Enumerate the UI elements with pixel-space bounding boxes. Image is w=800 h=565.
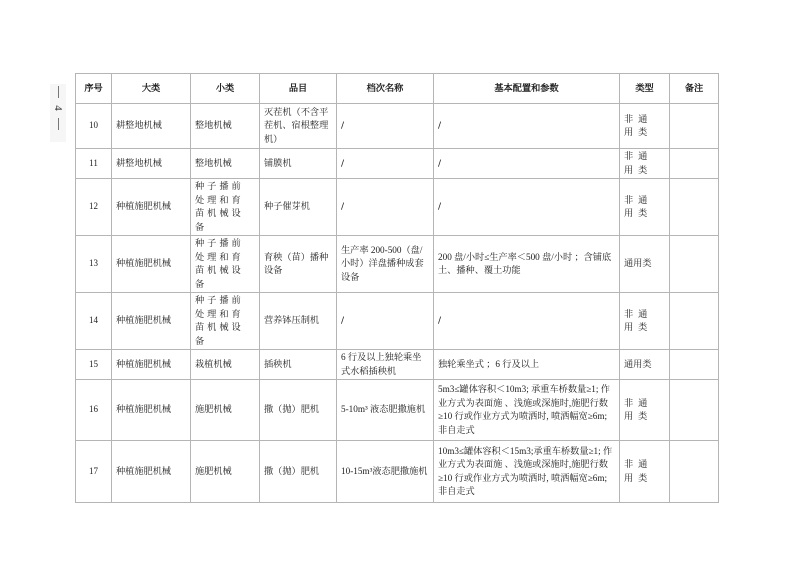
cell-major: 种植施肥机械 — [112, 350, 191, 380]
cell-minor: 栽植机械 — [191, 350, 260, 380]
cell-type: 非通用类 — [620, 380, 670, 441]
cell-major: 种植施肥机械 — [112, 179, 191, 236]
cell-item: 撒（抛）肥机 — [260, 380, 337, 441]
cell-no: 17 — [76, 441, 112, 503]
cell-config: 独轮乘坐式 ；6 行及以上 — [434, 350, 620, 380]
cell-config: 10m3≤罐体容积＜15m3;承重车桥数量≥1; 作业方式为表面施 、浅施或深施… — [434, 441, 620, 503]
cell-type: 通用类 — [620, 236, 670, 293]
cell-major: 种植施肥机械 — [112, 236, 191, 293]
cell-grade: / — [337, 293, 434, 350]
table-row: 13 种植施肥机械 种子播前处理和育苗机械设备 育秧（苗）播种设备 生产率 20… — [76, 236, 719, 293]
header-remark: 备注 — [670, 74, 719, 104]
cell-grade: 10-15m³液态肥撒施机 — [337, 441, 434, 503]
header-item: 品目 — [260, 74, 337, 104]
header-minor-category: 小类 — [191, 74, 260, 104]
table-row: 10 耕整地机械 整地机械 灭茬机（不含平茬机、宿根整理机） / / 非通用类 — [76, 104, 719, 149]
cell-no: 12 — [76, 179, 112, 236]
page-number-dash-bottom — [58, 118, 59, 130]
cell-no: 13 — [76, 236, 112, 293]
cell-item: 育秧（苗）播种设备 — [260, 236, 337, 293]
cell-no: 14 — [76, 293, 112, 350]
cell-major: 种植施肥机械 — [112, 380, 191, 441]
cell-item: 种子催芽机 — [260, 179, 337, 236]
cell-minor: 整地机械 — [191, 104, 260, 149]
cell-major: 种植施肥机械 — [112, 293, 191, 350]
cell-grade: / — [337, 149, 434, 179]
cell-no: 10 — [76, 104, 112, 149]
cell-type: 非通用类 — [620, 149, 670, 179]
cell-type: 非通用类 — [620, 104, 670, 149]
table-row: 14 种植施肥机械 种子播前处理和育苗机械设备 营养钵压制机 / / 非通用类 — [76, 293, 719, 350]
cell-grade: / — [337, 179, 434, 236]
cell-minor: 整地机械 — [191, 149, 260, 179]
cell-no: 16 — [76, 380, 112, 441]
header-no: 序号 — [76, 74, 112, 104]
cell-remark — [670, 293, 719, 350]
cell-config: 200 盘/小时≤生产率＜500 盘/小时 ；含铺底土、播种、覆土功能 — [434, 236, 620, 293]
cell-remark — [670, 236, 719, 293]
table-row: 16 种植施肥机械 施肥机械 撒（抛）肥机 5-10m³ 液态肥撒施机 5m3≤… — [76, 380, 719, 441]
cell-grade: 生产率 200-500（盘/小时）洋盘播种成套设备 — [337, 236, 434, 293]
cell-grade: / — [337, 104, 434, 149]
machinery-catalog-table: 序号 大类 小类 品目 档次名称 基本配置和参数 类型 备注 10 耕整地机械 … — [75, 73, 719, 503]
cell-minor: 种子播前处理和育苗机械设备 — [191, 293, 260, 350]
header-type: 类型 — [620, 74, 670, 104]
cell-config: 5m3≤罐体容积＜10m3; 承重车桥数量≥1; 作业方式为表面施 、浅施或深施… — [434, 380, 620, 441]
table-row: 15 种植施肥机械 栽植机械 插秧机 6 行及以上独轮乘坐式水稻插秧机 独轮乘坐… — [76, 350, 719, 380]
cell-minor: 种子播前处理和育苗机械设备 — [191, 236, 260, 293]
cell-minor: 种子播前处理和育苗机械设备 — [191, 179, 260, 236]
cell-remark — [670, 104, 719, 149]
cell-no: 15 — [76, 350, 112, 380]
cell-remark — [670, 350, 719, 380]
table-header-row: 序号 大类 小类 品目 档次名称 基本配置和参数 类型 备注 — [76, 74, 719, 104]
cell-type: 通用类 — [620, 350, 670, 380]
cell-config: / — [434, 104, 620, 149]
page-number: 4 — [52, 105, 64, 111]
table-row: 17 种植施肥机械 施肥机械 撒（抛）肥机 10-15m³液态肥撒施机 10m3… — [76, 441, 719, 503]
cell-config: / — [434, 293, 620, 350]
header-grade-name: 档次名称 — [337, 74, 434, 104]
page-number-margin: 4 — [50, 84, 66, 142]
cell-minor: 施肥机械 — [191, 441, 260, 503]
cell-major: 耕整地机械 — [112, 104, 191, 149]
cell-type: 非通用类 — [620, 179, 670, 236]
cell-no: 11 — [76, 149, 112, 179]
cell-grade: 5-10m³ 液态肥撒施机 — [337, 380, 434, 441]
cell-item: 灭茬机（不含平茬机、宿根整理机） — [260, 104, 337, 149]
cell-type: 非通用类 — [620, 441, 670, 503]
cell-remark — [670, 149, 719, 179]
cell-remark — [670, 380, 719, 441]
cell-config: / — [434, 149, 620, 179]
header-config-params: 基本配置和参数 — [434, 74, 620, 104]
cell-major: 种植施肥机械 — [112, 441, 191, 503]
cell-item: 营养钵压制机 — [260, 293, 337, 350]
cell-remark — [670, 441, 719, 503]
cell-item: 铺膜机 — [260, 149, 337, 179]
cell-item: 撒（抛）肥机 — [260, 441, 337, 503]
cell-item: 插秧机 — [260, 350, 337, 380]
cell-type: 非通用类 — [620, 293, 670, 350]
cell-grade: 6 行及以上独轮乘坐式水稻插秧机 — [337, 350, 434, 380]
table-row: 12 种植施肥机械 种子播前处理和育苗机械设备 种子催芽机 / / 非通用类 — [76, 179, 719, 236]
header-major-category: 大类 — [112, 74, 191, 104]
cell-config: / — [434, 179, 620, 236]
table-row: 11 耕整地机械 整地机械 铺膜机 / / 非通用类 — [76, 149, 719, 179]
cell-remark — [670, 179, 719, 236]
cell-major: 耕整地机械 — [112, 149, 191, 179]
page-number-dash-top — [58, 86, 59, 98]
cell-minor: 施肥机械 — [191, 380, 260, 441]
